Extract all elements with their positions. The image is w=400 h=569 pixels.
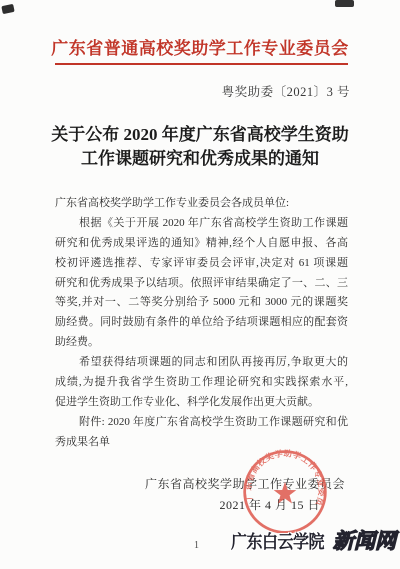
attachment-line: 附件: 2020 年度广东省高校学生资助工作课题研究和优 — [55, 413, 348, 433]
body-line: 助经费。 — [55, 333, 348, 353]
body-line: 研究和优秀成果评选的通知》精神,经个人自愿申报、各高 — [55, 234, 348, 254]
attachment-line: 秀成果名单 — [55, 433, 348, 453]
page-number: 1 — [194, 540, 199, 551]
document-number: 粤奖助委〔2021〕3 号 — [222, 82, 350, 100]
letterhead-divider — [55, 63, 348, 65]
notice-title: 关于公布 2020 年度广东省高校学生资助 工作课题研究和优秀成果的通知 — [20, 123, 380, 171]
watermark-section-name: 新闻网 — [333, 525, 396, 555]
body-line: 成绩,为提升我省学生资助工作理论研究和实践探索水平, — [55, 373, 348, 393]
seal-ring — [245, 452, 326, 533]
scan-artifact-top-left — [1, 4, 14, 14]
scan-artifact-top-right — [335, 0, 354, 7]
body-line: 校初评遴选推荐、专家评审委员会评审,决定对 61 项课题 — [55, 254, 348, 274]
issue-date: 2021 年 4 月 15 日 — [219, 496, 320, 513]
issuer-signature: 广东省高校奖学助学工作专业委员会 — [145, 475, 345, 492]
watermark-logo: 广东白云学院 新闻网 — [231, 525, 396, 555]
salutation-line: 广东省高校奖学助学工作专业委员会各成员单位: — [55, 194, 348, 214]
document-page: 广东省普通高校奖助学工作专业委员会 粤奖助委〔2021〕3 号 关于公布 202… — [0, 0, 400, 569]
body-line: 励经费。同时鼓励有条件的单位给予结项课题相应的配套资 — [55, 313, 348, 333]
body-line: 研究和优秀成果予以结项。依照评审结果确定了一、二、三 — [55, 274, 348, 294]
body-line: 根据《关于开展 2020 年广东省高校学生资助工作课题 — [55, 214, 348, 234]
notice-body: 广东省高校奖学助学工作专业委员会各成员单位: 根据《关于开展 2020 年广东省… — [55, 194, 348, 453]
notice-title-line1: 关于公布 2020 年度广东省高校学生资助 — [20, 123, 380, 147]
body-line: 希望获得结项课题的同志和团队再接再厉,争取更大的 — [55, 353, 348, 373]
official-seal: 广东省高校奖学助学工作专业委员会 — [241, 448, 329, 536]
letterhead-title: 广东省普通高校奖助学工作专业委员会 — [0, 34, 400, 59]
watermark-site-name: 广东白云学院 — [231, 527, 324, 553]
notice-title-line2: 工作课题研究和优秀成果的通知 — [20, 147, 380, 171]
body-line: 促进学生资助工作专业化、科学化发展作出更大贡献。 — [55, 393, 348, 413]
body-line: 等奖,并对一、二等奖分别给予 5000 元和 3000 元的课题奖 — [55, 293, 348, 313]
